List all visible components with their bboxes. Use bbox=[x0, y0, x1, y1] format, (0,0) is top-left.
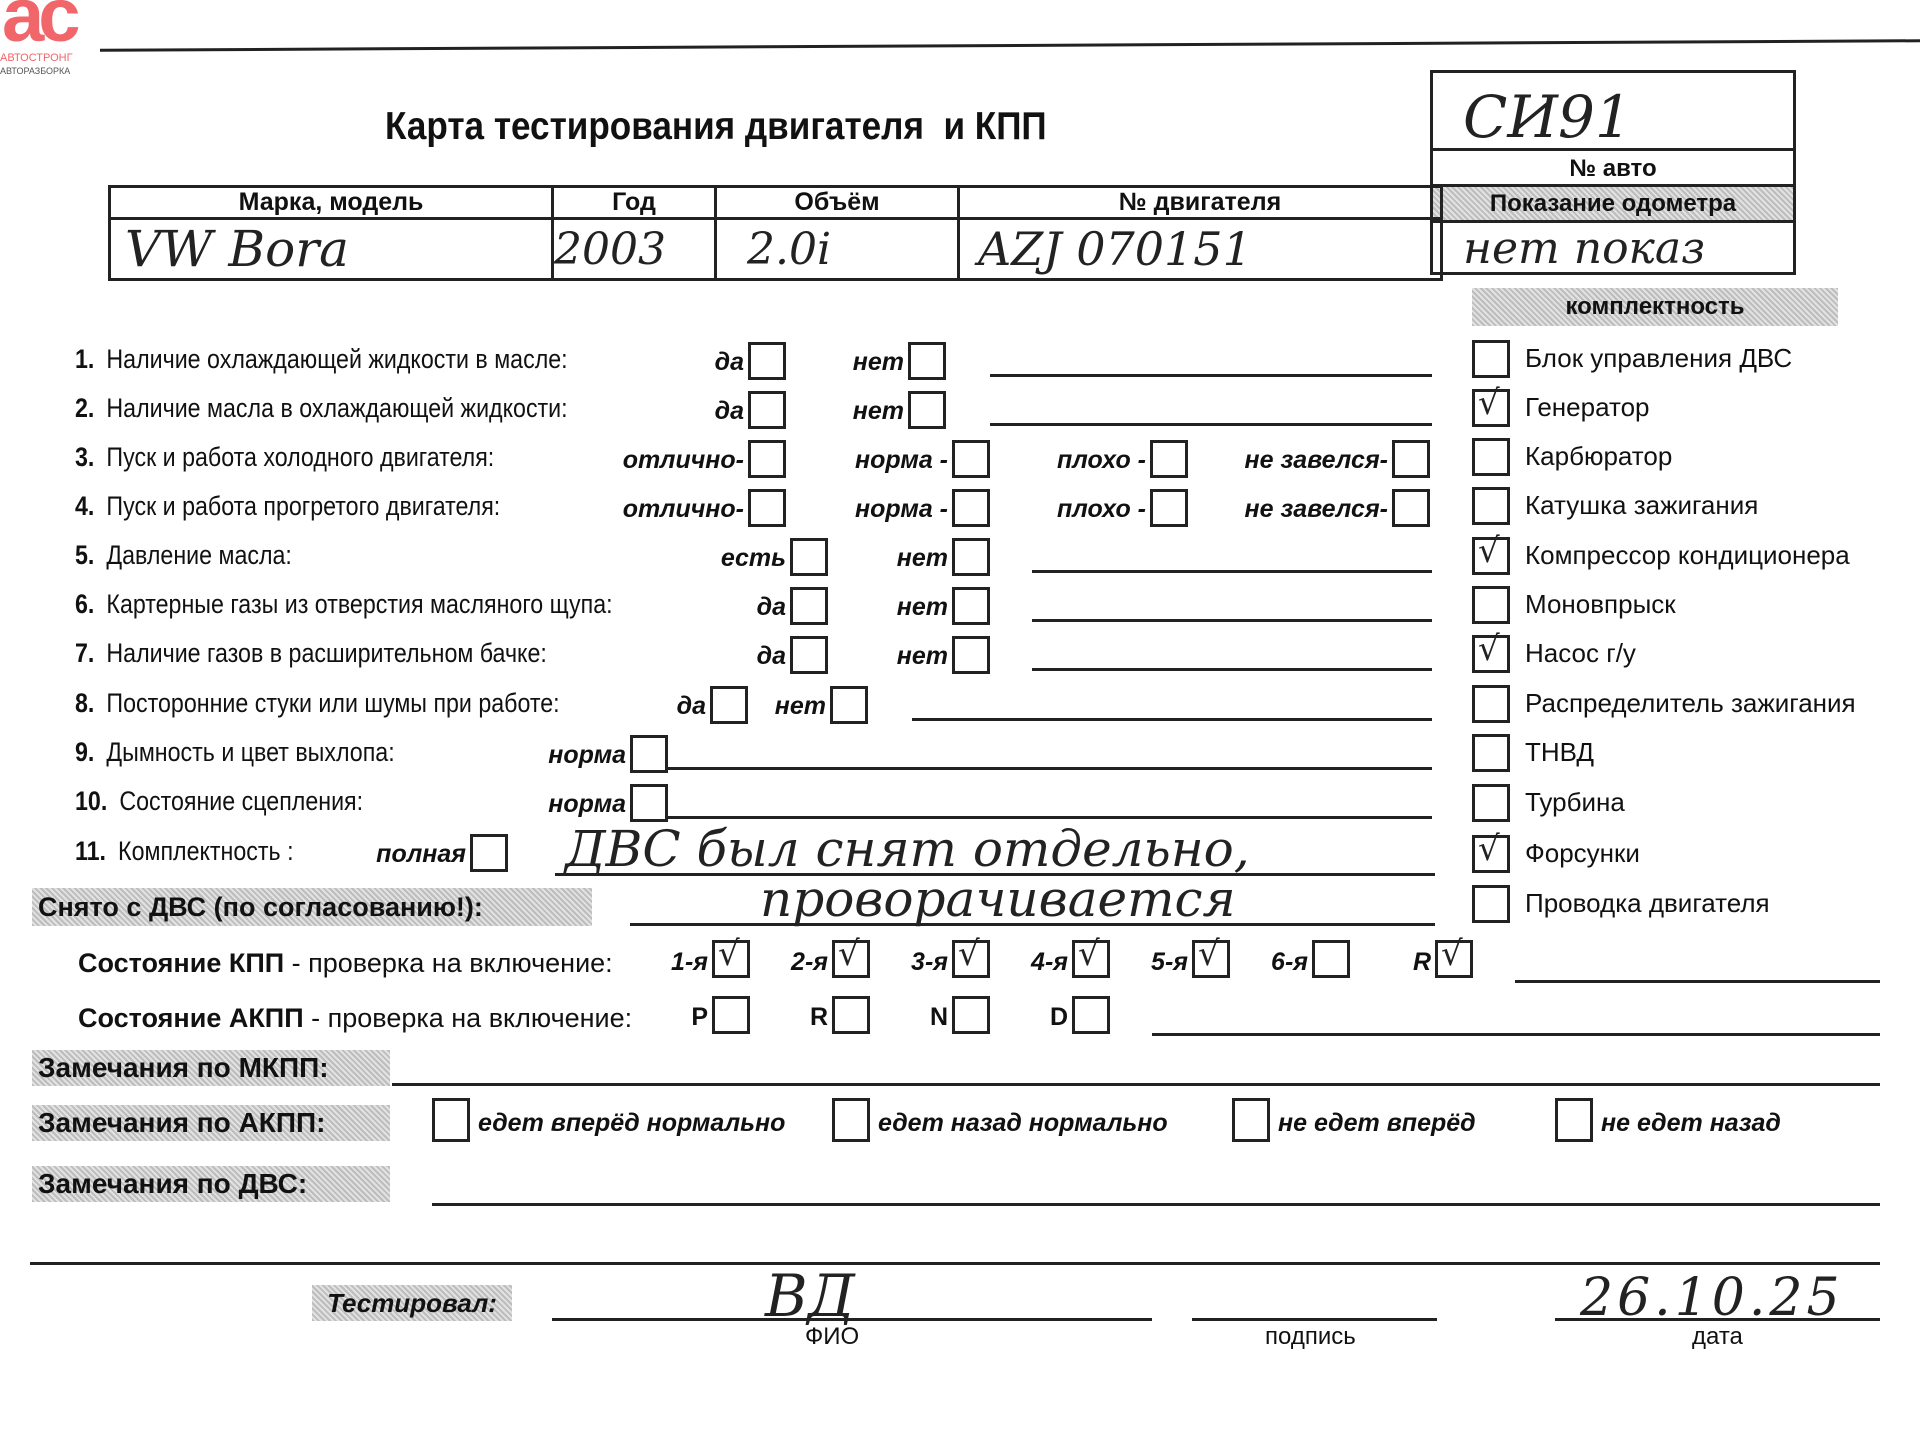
question-3-checkbox-3[interactable] bbox=[1150, 440, 1188, 478]
checkmark-icon: √ bbox=[1478, 386, 1500, 420]
question-6-option-label: нет bbox=[897, 593, 948, 622]
checkmark-icon: √ bbox=[1478, 832, 1500, 866]
question-7-checkbox-2[interactable] bbox=[952, 636, 990, 674]
question-2-option-label: да bbox=[715, 397, 744, 426]
checkmark-icon: √ bbox=[718, 937, 740, 971]
odometer-label: Показание одометра bbox=[1433, 184, 1793, 223]
checkmark-icon: √ bbox=[1078, 937, 1100, 971]
question-1-notes-rule[interactable] bbox=[990, 374, 1432, 377]
remarks-dvs-rule[interactable] bbox=[432, 1203, 1880, 1206]
question-text: Комплектность : bbox=[118, 836, 293, 866]
remarks-dvs-label: Замечания по ДВС: bbox=[32, 1166, 390, 1202]
akpp-position-label: N bbox=[930, 1003, 948, 1032]
question-text: Дымность и цвет выхлопа: bbox=[106, 737, 394, 767]
akpp-position-checkbox-4[interactable] bbox=[1072, 996, 1110, 1034]
question-number: 1. bbox=[75, 344, 94, 374]
kit-checkbox-2[interactable]: √ bbox=[1472, 389, 1510, 427]
checkmark-icon: √ bbox=[958, 937, 980, 971]
akpp-position-checkbox-1[interactable] bbox=[712, 996, 750, 1034]
question-5-label: 5.Давление масла: bbox=[75, 540, 292, 571]
akpp-position-label: P bbox=[691, 1003, 708, 1032]
question-3-checkbox-1[interactable] bbox=[748, 440, 786, 478]
kpp-gear-checkbox-1[interactable]: √ bbox=[712, 940, 750, 978]
question-number: 2. bbox=[75, 393, 94, 423]
kit-checkbox-10[interactable] bbox=[1472, 784, 1510, 822]
question-8-option-label: нет bbox=[775, 692, 826, 721]
akpp-position-label: D bbox=[1050, 1003, 1068, 1032]
checkmark-icon: √ bbox=[1478, 632, 1500, 666]
question-number: 9. bbox=[75, 737, 94, 767]
kit-checkbox-5[interactable]: √ bbox=[1472, 537, 1510, 575]
akpp-remark-checkbox-4[interactable] bbox=[1555, 1098, 1593, 1142]
checkmark-icon: √ bbox=[838, 937, 860, 971]
kpp-label: Состояние КПП - проверка на включение: bbox=[78, 948, 613, 979]
akpp-position-checkbox-2[interactable] bbox=[832, 996, 870, 1034]
question-7-option-label: нет bbox=[897, 642, 948, 671]
akpp-label-bold: Состояние АКПП bbox=[78, 1003, 304, 1033]
kit-item-label: Форсунки bbox=[1525, 838, 1640, 869]
engine-number-value[interactable]: AZJ 070151 bbox=[959, 219, 1442, 280]
akpp-remark-label: едет вперёд нормально bbox=[478, 1109, 785, 1138]
akpp-remark-checkbox-1[interactable] bbox=[432, 1098, 470, 1142]
question-1-option-label: да bbox=[715, 348, 744, 377]
kit-item-label: Насос г/у bbox=[1525, 638, 1636, 669]
question-11-label: 11.Комплектность : bbox=[75, 836, 294, 867]
question-10-checkbox-1[interactable] bbox=[630, 784, 668, 822]
question-text: Посторонние стуки или шумы при работе: bbox=[106, 688, 559, 718]
question-4-checkbox-1[interactable] bbox=[748, 489, 786, 527]
question-number: 5. bbox=[75, 540, 94, 570]
signature-label: подпись bbox=[1265, 1323, 1356, 1351]
question-2-label: 2.Наличие масла в охлаждающей жидкости: bbox=[75, 393, 568, 424]
question-text: Картерные газы из отверстия масляного щу… bbox=[106, 589, 612, 619]
question-8-label: 8.Посторонние стуки или шумы при работе: bbox=[75, 688, 560, 719]
question-7-label: 7.Наличие газов в расширительном бачке: bbox=[75, 638, 547, 669]
logo-sub: АВТОРАЗБОРКА bbox=[0, 66, 70, 76]
car-number-label: № авто bbox=[1433, 148, 1793, 187]
fio-rule bbox=[552, 1318, 1152, 1321]
question-2-checkbox-1[interactable] bbox=[748, 391, 786, 429]
logo-name: АВТОСТРОНГ bbox=[0, 52, 73, 64]
car-number-value[interactable]: СИ91 bbox=[1463, 83, 1632, 151]
question-number: 10. bbox=[75, 786, 107, 816]
date-rule bbox=[1555, 1318, 1880, 1321]
kpp-gear-label: 4-я bbox=[1031, 948, 1068, 977]
akpp-remark-label: едет назад нормально bbox=[878, 1109, 1168, 1138]
question-3-label: 3.Пуск и работа холодного двигателя: bbox=[75, 442, 494, 473]
question-3-option-label: плохо - bbox=[1057, 446, 1146, 475]
question-3-checkbox-2[interactable] bbox=[952, 440, 990, 478]
question-4-checkbox-2[interactable] bbox=[952, 489, 990, 527]
question-2-checkbox-2[interactable] bbox=[908, 391, 946, 429]
remarks-akpp-label: Замечания по АКПП: bbox=[32, 1105, 390, 1141]
question-7-notes-rule[interactable] bbox=[1032, 668, 1432, 671]
checkmark-icon: √ bbox=[1441, 937, 1463, 971]
question-6-option-label: да bbox=[757, 593, 786, 622]
car-number-box: СИ91 № авто Показание одометра нет показ bbox=[1430, 70, 1796, 275]
question-10-notes-rule[interactable] bbox=[668, 816, 1432, 819]
logo-mark: ac bbox=[2, 0, 75, 54]
akpp-rule bbox=[1152, 1033, 1880, 1036]
remarks-mkpp-rule[interactable] bbox=[392, 1083, 1880, 1086]
date-label: дата bbox=[1692, 1323, 1743, 1351]
question-6-notes-rule[interactable] bbox=[1032, 619, 1432, 622]
question-text: Пуск и работа прогретого двигателя: bbox=[106, 491, 500, 521]
kpp-gear-checkbox-2[interactable]: √ bbox=[832, 940, 870, 978]
kit-checkbox-7[interactable]: √ bbox=[1472, 635, 1510, 673]
question-4-option-label: не завелся- bbox=[1245, 495, 1388, 524]
question-1-label: 1.Наличие охлаждающей жидкости в масле: bbox=[75, 344, 568, 375]
model-value[interactable]: VW Bora bbox=[110, 219, 553, 280]
kpp-gear-checkbox-7[interactable]: √ bbox=[1435, 940, 1473, 978]
question-3-option-label: норма - bbox=[855, 446, 948, 475]
removed-from-engine-label: Снято с ДВС (по согласованию!): bbox=[32, 888, 592, 926]
question-7-option-label: да bbox=[757, 642, 786, 671]
question-5-checkbox-1[interactable] bbox=[790, 538, 828, 576]
kpp-gear-checkbox-3[interactable]: √ bbox=[952, 940, 990, 978]
logo: ac АВТОСТРОНГ АВТОРАЗБОРКА bbox=[0, 0, 110, 75]
question-number: 11. bbox=[75, 836, 106, 866]
akpp-position-label: R bbox=[810, 1003, 828, 1032]
question-4-option-label: отлично- bbox=[623, 495, 744, 524]
question-8-option-label: да bbox=[677, 692, 706, 721]
question-1-checkbox-1[interactable] bbox=[748, 342, 786, 380]
col-header-year: Год bbox=[553, 187, 716, 219]
completeness-note-line2[interactable]: проворачивается bbox=[760, 870, 1236, 928]
checkmark-icon: √ bbox=[1198, 937, 1220, 971]
kpp-label-bold: Состояние КПП bbox=[78, 948, 284, 978]
question-10-label: 10.Состояние сцепления: bbox=[75, 786, 363, 817]
akpp-remark-checkbox-3[interactable] bbox=[1232, 1098, 1270, 1142]
fio-label: ФИО bbox=[805, 1323, 859, 1351]
akpp-position-checkbox-3[interactable] bbox=[952, 996, 990, 1034]
kit-item-label: Катушка зажигания bbox=[1525, 490, 1758, 521]
question-5-notes-rule[interactable] bbox=[1032, 570, 1432, 573]
question-text: Состояние сцепления: bbox=[119, 786, 363, 816]
kpp-gear-label: 5-я bbox=[1151, 948, 1188, 977]
question-2-notes-rule[interactable] bbox=[990, 423, 1432, 426]
question-11-option-label: полная bbox=[376, 840, 466, 869]
kit-item-label: ТНВД bbox=[1525, 737, 1594, 768]
question-5-checkbox-2[interactable] bbox=[952, 538, 990, 576]
kpp-gear-label: 6-я bbox=[1271, 948, 1308, 977]
question-2-option-label: нет bbox=[853, 397, 904, 426]
kit-item-label: Генератор bbox=[1525, 392, 1650, 423]
question-5-option-label: нет bbox=[897, 544, 948, 573]
question-9-option-label: норма bbox=[548, 741, 626, 770]
kpp-label-rest: - проверка на включение: bbox=[284, 948, 613, 978]
kit-checkbox-6[interactable] bbox=[1472, 586, 1510, 624]
akpp-label-rest: - проверка на включение: bbox=[304, 1003, 633, 1033]
kpp-gear-checkbox-5[interactable]: √ bbox=[1192, 940, 1230, 978]
akpp-remark-checkbox-2[interactable] bbox=[832, 1098, 870, 1142]
question-text: Наличие газов в расширительном бачке: bbox=[106, 638, 546, 668]
question-text: Давление масла: bbox=[106, 540, 291, 570]
odometer-value[interactable]: нет показ bbox=[1463, 223, 1705, 274]
year-value[interactable]: 2003 bbox=[553, 219, 716, 280]
question-6-label: 6.Картерные газы из отверстия масляного … bbox=[75, 589, 613, 620]
question-1-checkbox-2[interactable] bbox=[908, 342, 946, 380]
question-11-checkbox-1[interactable] bbox=[470, 834, 508, 872]
question-number: 3. bbox=[75, 442, 94, 472]
question-text: Наличие масла в охлаждающей жидкости: bbox=[106, 393, 567, 423]
question-9-notes-rule[interactable] bbox=[668, 767, 1432, 770]
kit-checkbox-4[interactable] bbox=[1472, 487, 1510, 525]
question-number: 4. bbox=[75, 491, 94, 521]
col-header-engine-number: № двигателя bbox=[959, 187, 1442, 219]
question-10-option-label: норма bbox=[548, 790, 626, 819]
kit-checkbox-1[interactable] bbox=[1472, 340, 1510, 378]
question-3-option-label: отлично- bbox=[623, 446, 744, 475]
question-6-checkbox-2[interactable] bbox=[952, 587, 990, 625]
question-number: 6. bbox=[75, 589, 94, 619]
kpp-gear-label: R bbox=[1413, 948, 1431, 977]
removed-rule bbox=[630, 923, 1435, 926]
question-3-checkbox-4[interactable] bbox=[1392, 440, 1430, 478]
vehicle-table: Марка, модель Год Объём № двигателя VW B… bbox=[108, 185, 1443, 281]
question-number: 7. bbox=[75, 638, 94, 668]
kit-title: комплектность bbox=[1472, 288, 1838, 326]
col-header-volume: Объём bbox=[716, 187, 959, 219]
question-4-label: 4.Пуск и работа прогретого двигателя: bbox=[75, 491, 500, 522]
kit-checkbox-9[interactable] bbox=[1472, 734, 1510, 772]
col-header-model: Марка, модель bbox=[110, 187, 553, 219]
kit-item-label: Моновпрыск bbox=[1525, 589, 1676, 620]
kit-checkbox-12[interactable] bbox=[1472, 885, 1510, 923]
question-4-option-label: плохо - bbox=[1057, 495, 1146, 524]
question-9-checkbox-1[interactable] bbox=[630, 735, 668, 773]
kpp-gear-checkbox-4[interactable]: √ bbox=[1072, 940, 1110, 978]
kpp-gear-label: 2-я bbox=[791, 948, 828, 977]
kpp-rule bbox=[1515, 980, 1880, 983]
kit-checkbox-8[interactable] bbox=[1472, 685, 1510, 723]
kpp-gear-label: 3-я bbox=[911, 948, 948, 977]
question-7-checkbox-1[interactable] bbox=[790, 636, 828, 674]
separator-rule bbox=[30, 1262, 1880, 1265]
question-4-option-label: норма - bbox=[855, 495, 948, 524]
question-5-option-label: есть bbox=[721, 544, 786, 573]
kpp-gear-checkbox-6[interactable] bbox=[1312, 940, 1350, 978]
question-4-checkbox-4[interactable] bbox=[1392, 489, 1430, 527]
question-8-notes-rule[interactable] bbox=[912, 718, 1432, 721]
top-rule bbox=[100, 39, 1920, 52]
kit-checkbox-11[interactable]: √ bbox=[1472, 835, 1510, 873]
akpp-remark-label: не едет назад bbox=[1601, 1109, 1781, 1138]
kit-item-label: Распределитель зажигания bbox=[1525, 688, 1856, 719]
remarks-mkpp-label: Замечания по МКПП: bbox=[32, 1050, 390, 1086]
question-1-option-label: нет bbox=[853, 348, 904, 377]
kit-item-label: Компрессор кондиционера bbox=[1525, 540, 1850, 571]
kit-item-label: Карбюратор bbox=[1525, 441, 1672, 472]
question-8-checkbox-1[interactable] bbox=[710, 686, 748, 724]
question-text: Наличие охлаждающей жидкости в масле: bbox=[106, 344, 567, 374]
akpp-label: Состояние АКПП - проверка на включение: bbox=[78, 1003, 632, 1034]
kit-checkbox-3[interactable] bbox=[1472, 438, 1510, 476]
question-text: Пуск и работа холодного двигателя: bbox=[106, 442, 494, 472]
page-title: Карта тестирования двигателя и КПП bbox=[385, 105, 1047, 149]
kit-item-label: Проводка двигателя bbox=[1525, 888, 1770, 919]
kit-item-label: Турбина bbox=[1525, 787, 1625, 818]
signature-rule[interactable] bbox=[1192, 1318, 1437, 1321]
question-number: 8. bbox=[75, 688, 94, 718]
volume-value[interactable]: 2.0i bbox=[716, 219, 959, 280]
tested-by-label: Тестировал: bbox=[312, 1285, 512, 1321]
question-8-checkbox-2[interactable] bbox=[830, 686, 868, 724]
question-9-label: 9.Дымность и цвет выхлопа: bbox=[75, 737, 395, 768]
kpp-gear-label: 1-я bbox=[671, 948, 708, 977]
checkmark-icon: √ bbox=[1478, 534, 1500, 568]
question-6-checkbox-1[interactable] bbox=[790, 587, 828, 625]
question-3-option-label: не завелся- bbox=[1245, 446, 1388, 475]
question-4-checkbox-3[interactable] bbox=[1150, 489, 1188, 527]
kit-item-label: Блок управления ДВС bbox=[1525, 343, 1792, 374]
akpp-remark-label: не едет вперёд bbox=[1278, 1109, 1476, 1138]
